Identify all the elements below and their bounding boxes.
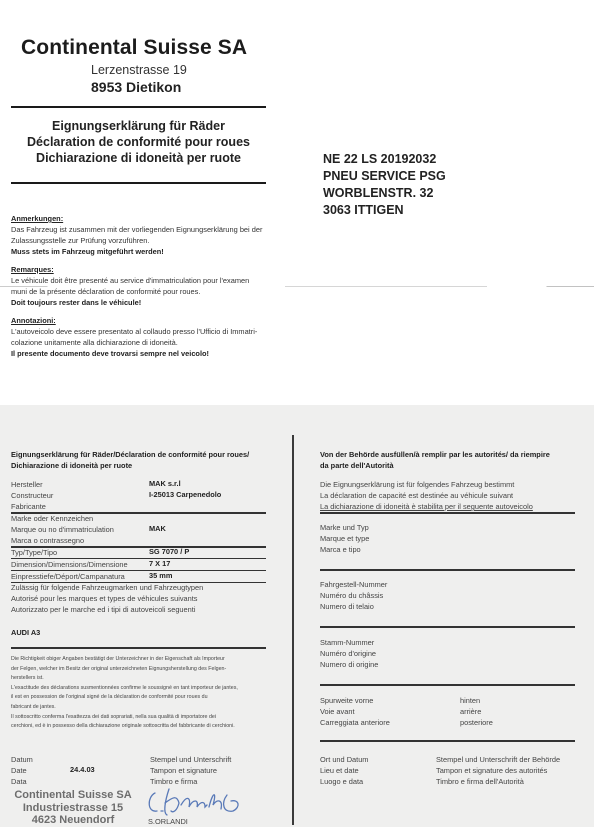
origin-label: Numéro d'origine <box>320 648 376 659</box>
authority-heading: Von der Behörde ausfüllen/à remplir par … <box>320 449 550 471</box>
field-label: Fabricante <box>11 501 149 512</box>
recipient-line: NE 22 LS 20192032 <box>323 151 446 168</box>
notes-section: Anmerkungen: Das Fahrzeug ist zusammen m… <box>11 213 301 366</box>
field-label: Einpresstiefe/Déport/Campanatura <box>11 571 149 582</box>
title-fr: Déclaration de conformité pour roues <box>11 134 266 150</box>
notes-bold: Muss stets im Fahrzeug mitgeführt werden… <box>11 246 301 257</box>
divider <box>11 182 266 184</box>
approved-label: Zulässig für folgende Fahrzeugmarken und… <box>11 582 203 593</box>
recipient-line: 3063 ITTIGEN <box>323 202 446 219</box>
form-heading-line: Eignungserklärung für Räder/Déclaration … <box>11 449 249 460</box>
handwritten-signature <box>143 783 253 819</box>
track-front-label: Carreggiata anteriore <box>320 717 390 728</box>
offset-row: Einpresstiefe/Déport/Campanatura 35 mm <box>11 571 271 582</box>
dimension-row: Dimension/Dimensions/Dimensione 7 X 17 <box>11 559 271 570</box>
chassis-label: Fahrgestell-Nummer <box>320 579 387 590</box>
recipient-line: PNEU SERVICE PSG <box>323 168 446 185</box>
recipient-line: WORBLENSTR. 32 <box>323 185 446 202</box>
date-label: Date <box>11 765 27 776</box>
place-date-label: Ort und Datum <box>320 754 368 765</box>
confirmation-line: Die Richtigkeit obiger Angaben bestätigt… <box>11 655 276 665</box>
manufacturer-row: Constructeur I-25013 Carpenedolo <box>11 490 271 501</box>
authority-heading-line: Von der Behörde ausfüllen/à remplir par … <box>320 449 550 460</box>
brand-row: Marke oder Kennzeichen <box>11 513 271 524</box>
brand-row: Marque ou no d'immatriculation MAK <box>11 524 271 535</box>
notes-de: Anmerkungen: Das Fahrzeug ist zusammen m… <box>11 213 301 257</box>
manufacturer-address: I-25013 Carpenedolo <box>149 490 271 501</box>
track-front-label: Spurweite vorne <box>320 695 373 706</box>
approved-label: Autorisé pour les marques et types de vé… <box>11 593 198 604</box>
notes-text: L'autoveicolo deve essere presentato al … <box>11 326 301 337</box>
notes-heading: Remarques: <box>11 264 301 275</box>
notes-text: muni de la présente déclaration de confo… <box>11 286 301 297</box>
notes-text: colazione unitamente alla dichiarazione … <box>11 337 301 348</box>
origin-label: Numero di origine <box>320 659 378 670</box>
stamp-line: Industriestrasse 15 <box>8 802 138 815</box>
stamp-line: 4623 Neuendorf <box>8 814 138 827</box>
track-rear-label: posteriore <box>460 717 493 728</box>
conformity-form: Eignungserklärung für Räder/Déclaration … <box>0 405 594 827</box>
divider <box>11 106 266 108</box>
form-heading-line: Dichiarazione di idoneità per ruote <box>11 460 249 471</box>
company-stamp: Continental Suisse SA Industriestrasse 1… <box>8 789 138 827</box>
confirmation-line: der Felgen, welcher im Besitz der origin… <box>11 665 276 675</box>
make-type-label: Marca e tipo <box>320 544 361 555</box>
intended-label: La déclaration de capacité est destinée … <box>320 490 513 501</box>
notes-text: Le véhicule doit être presenté au servic… <box>11 275 301 286</box>
field-label: Marque ou no d'immatriculation <box>11 524 149 535</box>
notes-heading: Anmerkungen: <box>11 213 301 224</box>
divider <box>320 740 575 742</box>
field-label: Hersteller <box>11 479 149 490</box>
divider <box>320 684 575 686</box>
chassis-label: Numero di telaio <box>320 601 374 612</box>
form-heading: Eignungserklärung für Räder/Déclaration … <box>11 449 249 471</box>
manufacturer-row: Hersteller MAK s.r.l <box>11 479 271 490</box>
dimension-value: 7 X 17 <box>149 559 271 570</box>
company-name: Continental Suisse SA <box>21 36 271 60</box>
notes-heading: Annotazioni: <box>11 315 301 326</box>
authority-stamp-label: Timbro e firma dell'Autorità <box>436 776 524 787</box>
signer-name: S.ORLANDI <box>148 816 188 827</box>
approved-vehicle: AUDI A3 <box>11 628 40 637</box>
column-divider <box>292 435 294 825</box>
field-label: Marca o contrassegno <box>11 535 149 546</box>
approved-label: Autorizzato per le marche ed i tipi di a… <box>11 604 195 615</box>
divider <box>320 626 575 628</box>
confirmation-line: Il sottoscritto conferma l'esattezza dei… <box>11 713 276 723</box>
stamp-line: Continental Suisse SA <box>8 789 138 802</box>
confirmation-line: il est en possession de l'original signé… <box>11 693 276 703</box>
signature-label: Tampon et signature <box>150 765 217 776</box>
chassis-label: Numéro du châssis <box>320 590 383 601</box>
field-label: Dimension/Dimensions/Dimensione <box>11 559 149 570</box>
origin-label: Stamm-Nummer <box>320 637 374 648</box>
make-type-label: Marque et type <box>320 533 369 544</box>
offset-value: 35 mm <box>149 571 271 582</box>
track-front-label: Voie avant <box>320 706 355 717</box>
place-date-label: Lieu et date <box>320 765 359 776</box>
importer-confirmation: Die Richtigkeit obiger Angaben bestätigt… <box>11 655 276 732</box>
notes-bold: Il presente documento deve trovarsi semp… <box>11 348 301 359</box>
track-rear-label: arrière <box>460 706 481 717</box>
field-label: Typ/Type/Tipo <box>11 547 149 558</box>
authority-stamp-label: Stempel und Unterschrift der Behörde <box>436 754 560 765</box>
document-title: Eignungserklärung für Räder Déclaration … <box>11 118 266 166</box>
type-row: Typ/Type/Tipo SG 7070 / P <box>11 547 271 558</box>
field-label: Marke oder Kennzeichen <box>11 513 149 524</box>
date-label: Datum <box>11 754 33 765</box>
brand-value: MAK <box>149 524 271 535</box>
divider <box>11 647 266 649</box>
place-date-label: Luogo e data <box>320 776 363 787</box>
make-type-label: Marke und Typ <box>320 522 369 533</box>
title-it: Dichiarazione di idoneità per ruote <box>11 150 266 166</box>
authority-stamp-label: Tampon et signature des autorités <box>436 765 547 776</box>
divider <box>320 569 575 571</box>
confirmation-line: cerchioni, ed è in possesso della dichia… <box>11 722 276 732</box>
manufacturer-row: Fabricante <box>11 501 271 512</box>
cover-page: Continental Suisse SA Lerzenstrasse 19 8… <box>0 0 594 403</box>
date-label: Data <box>11 776 27 787</box>
title-de: Eignungserklärung für Räder <box>11 118 266 134</box>
notes-text: Zulassungsstelle zur Prüfung vorzuführen… <box>11 235 301 246</box>
scan-fold-line <box>0 286 594 287</box>
notes-bold: Doit toujours rester dans le véhicule! <box>11 297 301 308</box>
confirmation-line: L'exactitude des déclarations susmention… <box>11 684 276 694</box>
company-city: 8953 Dietikon <box>91 79 181 95</box>
intended-label: Die Eignungserklärung ist für folgendes … <box>320 479 514 490</box>
date-value: 24.4.03 <box>70 765 95 774</box>
authority-heading-line: da parte dell'Autorità <box>320 460 550 471</box>
signature-label: Stempel und Unterschrift <box>150 754 231 765</box>
divider <box>320 512 575 514</box>
track-rear-label: hinten <box>460 695 480 706</box>
intended-label: La dichiarazione di idoneità è stabilita… <box>320 501 533 512</box>
recipient-address: NE 22 LS 20192032 PNEU SERVICE PSG WORBL… <box>323 151 446 219</box>
field-label: Constructeur <box>11 490 149 501</box>
manufacturer-name: MAK s.r.l <box>149 479 271 490</box>
notes-it: Annotazioni: L'autoveicolo deve essere p… <box>11 315 301 359</box>
confirmation-line: herstellers ist. <box>11 674 276 684</box>
company-street: Lerzenstrasse 19 <box>91 63 187 77</box>
notes-text: Das Fahrzeug ist zusammen mit der vorlie… <box>11 224 301 235</box>
brand-row: Marca o contrassegno <box>11 535 271 546</box>
confirmation-line: fabricant de jantes. <box>11 703 276 713</box>
type-value: SG 7070 / P <box>149 547 271 558</box>
